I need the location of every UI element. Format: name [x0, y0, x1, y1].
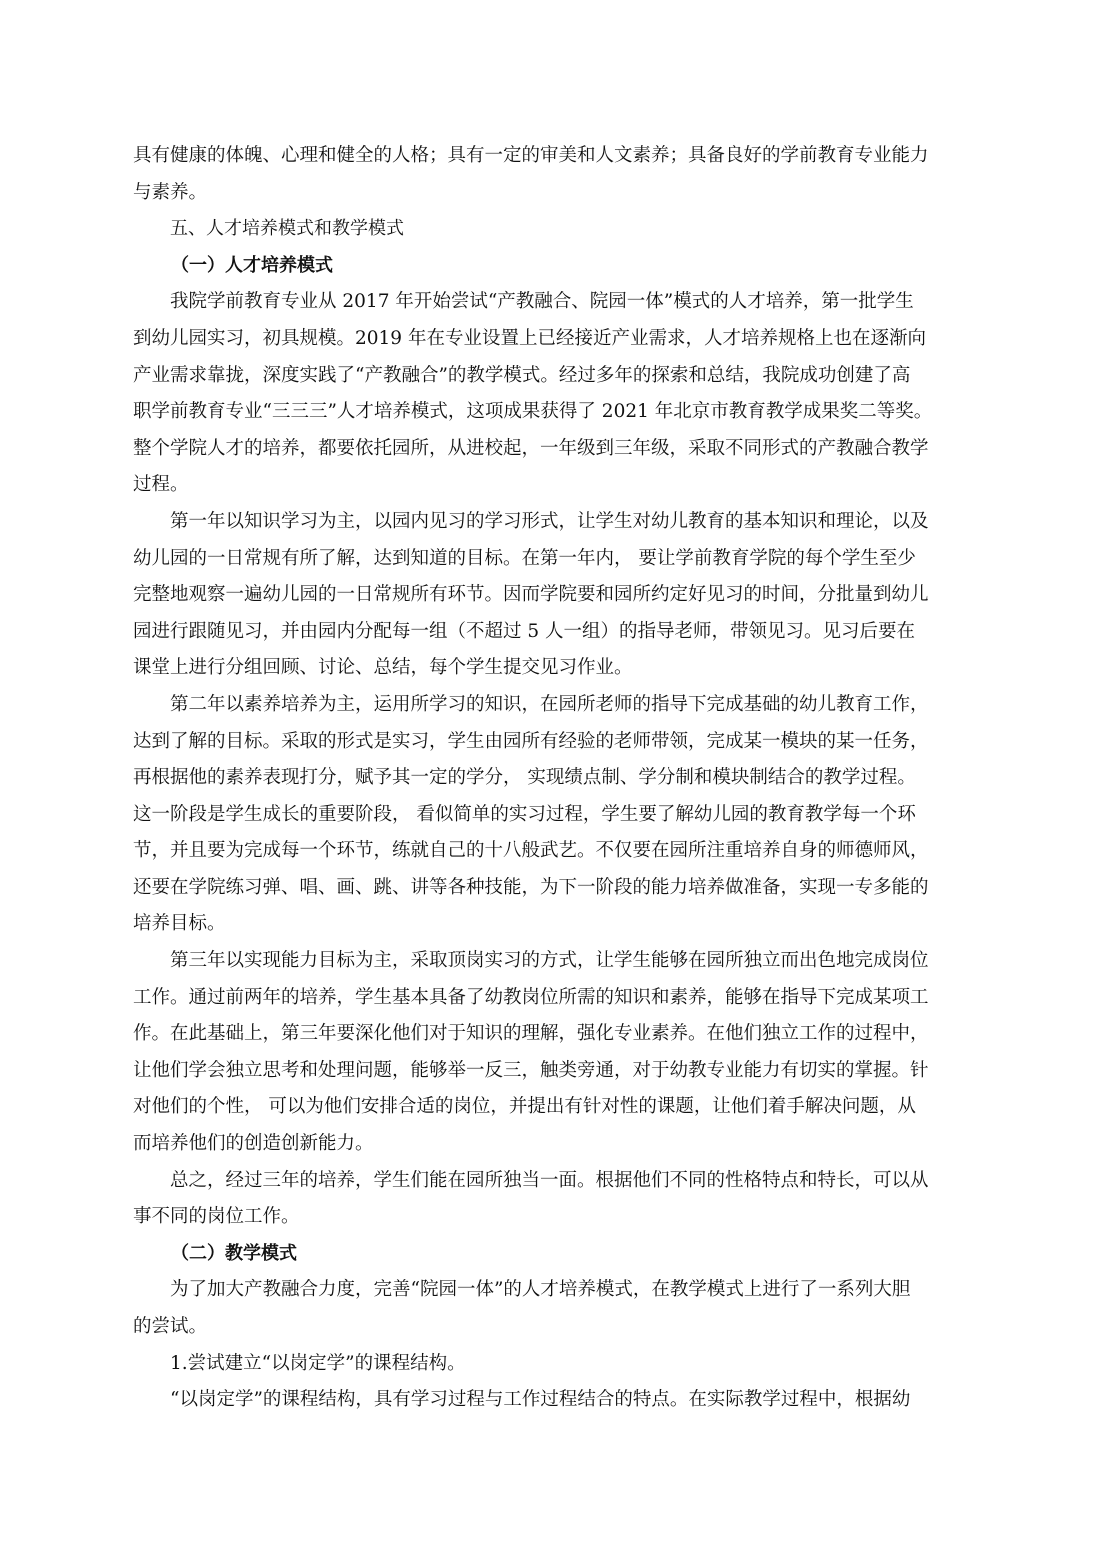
- paragraph-line: 培养目标。: [133, 906, 973, 943]
- paragraph-line: 课堂上进行分组回顾、讨论、总结，每个学生提交见习作业。: [133, 650, 973, 687]
- paragraph-line: 第三年以实现能力目标为主，采取顶岗实习的方式，让学生能够在园所独立而出色地完成岗…: [133, 943, 973, 980]
- paragraph-line: 而培养他们的创造创新能力。: [133, 1126, 973, 1163]
- paragraph-line: 整个学院人才的培养，都要依托园所，从进校起，一年级到三年级，采取不同形式的产教融…: [133, 431, 973, 468]
- paragraph-line: 产业需求靠拢，深度实践了“产教融合”的教学模式。经过多年的探索和总结，我院成功创…: [133, 358, 973, 395]
- paragraph-line: 第二年以素养培养为主，运用所学习的知识，在园所老师的指导下完成基础的幼儿教育工作…: [133, 687, 973, 724]
- paragraph-line: 过程。: [133, 467, 973, 504]
- paragraph-line: 让他们学会独立思考和处理问题，能够举一反三，触类旁通，对于幼教专业能力有切实的掌…: [133, 1053, 973, 1090]
- paragraph-line: 还要在学院练习弹、唱、画、跳、讲等各种技能，为下一阶段的能力培养做准备，实现一专…: [133, 870, 973, 907]
- paragraph-line: 作。在此基础上，第三年要深化他们对于知识的理解，强化专业素养。在他们独立工作的过…: [133, 1016, 973, 1053]
- paragraph-line: 这一阶段是学生成长的重要阶段， 看似简单的实习过程，学生要了解幼儿园的教育教学每…: [133, 797, 973, 834]
- paragraph-line: 与素养。: [133, 175, 973, 212]
- paragraph-line: “以岗定学”的课程结构，具有学习过程与工作过程结合的特点。在实际教学过程中，根据…: [133, 1382, 973, 1419]
- paragraph-line: 到幼儿园实习，初具规模。2019 年在专业设置上已经接近产业需求，人才培养规格上…: [133, 321, 973, 358]
- paragraph-line: 节，并且要为完成每一个环节，练就自己的十八般武艺。不仅要在园所注重培养自身的师德…: [133, 833, 973, 870]
- list-item-heading: 1.尝试建立“以岗定学”的课程结构。: [133, 1346, 973, 1383]
- paragraph-line: 园进行跟随见习，并由园内分配每一组（不超过 5 人一组）的指导老师，带领见习。见…: [133, 614, 973, 651]
- paragraph-line: 为了加大产教融合力度，完善“院园一体”的人才培养模式，在教学模式上进行了一系列大…: [133, 1272, 973, 1309]
- subsection-heading: （二）教学模式: [133, 1236, 973, 1273]
- paragraph-line: 对他们的个性， 可以为他们安排合适的岗位，并提出有针对性的课题，让他们着手解决问…: [133, 1089, 973, 1126]
- subsection-heading: （一）人才培养模式: [133, 248, 973, 285]
- document-page: 具有健康的体魄、心理和健全的人格；具有一定的审美和人文素养；具备良好的学前教育专…: [133, 138, 973, 1419]
- paragraph-line: 完整地观察一遍幼儿园的一日常规所有环节。因而学院要和园所约定好见习的时间，分批量…: [133, 577, 973, 614]
- paragraph-line: 具有健康的体魄、心理和健全的人格；具有一定的审美和人文素养；具备良好的学前教育专…: [133, 138, 973, 175]
- paragraph-line: 总之，经过三年的培养，学生们能在园所独当一面。根据他们不同的性格特点和特长，可以…: [133, 1163, 973, 1200]
- paragraph-line: 的尝试。: [133, 1309, 973, 1346]
- paragraph-line: 工作。通过前两年的培养，学生基本具备了幼教岗位所需的知识和素养，能够在指导下完成…: [133, 980, 973, 1017]
- paragraph-line: 事不同的岗位工作。: [133, 1199, 973, 1236]
- paragraph-line: 达到了解的目标。采取的形式是实习，学生由园所有经验的老师带领，完成某一模块的某一…: [133, 724, 973, 761]
- paragraph-line: 再根据他的素养表现打分，赋予其一定的学分， 实现绩点制、学分制和模块制结合的教学…: [133, 760, 973, 797]
- paragraph-line: 幼儿园的一日常规有所了解，达到知道的目标。在第一年内， 要让学前教育学院的每个学…: [133, 541, 973, 578]
- paragraph-line: 第一年以知识学习为主，以园内见习的学习形式，让学生对幼儿教育的基本知识和理论，以…: [133, 504, 973, 541]
- section-heading: 五、人才培养模式和教学模式: [133, 211, 973, 248]
- paragraph-line: 职学前教育专业“三三三”人才培养模式，这项成果获得了 2021 年北京市教育教学…: [133, 394, 973, 431]
- paragraph-line: 我院学前教育专业从 2017 年开始尝试“产教融合、院园一体”模式的人才培养，第…: [133, 284, 973, 321]
